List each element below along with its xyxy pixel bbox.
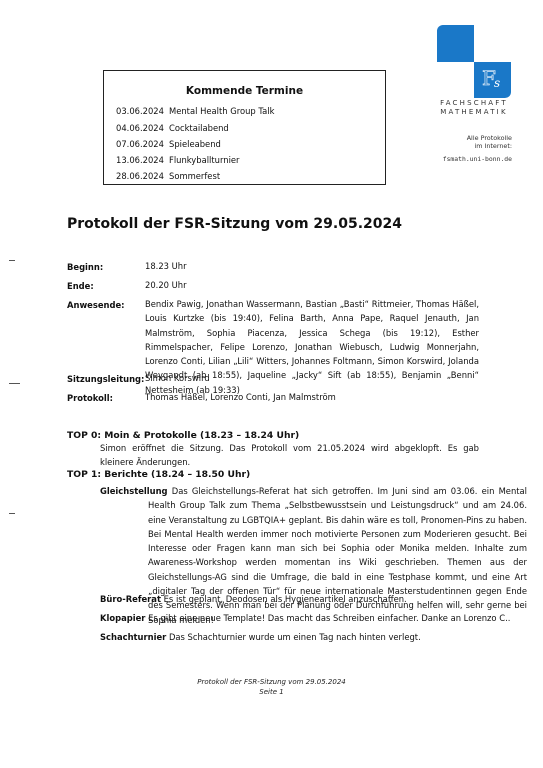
logo-wordmark: FACHSCHAFT MATHEMATIK [437, 99, 511, 116]
event-date: 07.06.2024 [116, 139, 169, 149]
report-text: Es gibt eine neue Template! Das macht da… [148, 613, 510, 623]
minutes-label: Protokoll: [67, 393, 113, 403]
report-buero-referat: Büro-Referat Es ist geplant, Deodosen al… [100, 592, 527, 606]
protocols-note: Alle Protokolle im Internet: [430, 134, 512, 150]
report-label: Gleichstellung [100, 486, 168, 496]
event-name: Flunkyballturnier [169, 155, 240, 165]
logo-letter-s: s [494, 76, 500, 90]
margin-mark [9, 513, 15, 514]
protocols-url[interactable]: fsmath.uni-bonn.de [425, 155, 512, 163]
report-label: Schachturnier [100, 632, 166, 642]
end-label: Ende: [67, 281, 94, 291]
event-row: 04.06.2024Cocktailabend [116, 123, 229, 133]
event-row: 28.06.2024Sommerfest [116, 171, 220, 181]
event-date: 03.06.2024 [116, 106, 169, 116]
logo-line2: MATHEMATIK [437, 108, 511, 117]
event-row: 13.06.2024Flunkyballturnier [116, 155, 240, 165]
event-name: Cocktailabend [169, 123, 229, 133]
upcoming-events-box: Kommende Termine 03.06.2024Mental Health… [103, 70, 386, 185]
report-label: Büro-Referat [100, 594, 161, 604]
margin-mark [9, 260, 15, 261]
protocols-note-line1: Alle Protokolle [430, 134, 512, 142]
event-date: 13.06.2024 [116, 155, 169, 165]
margin-mark [9, 383, 20, 384]
event-row: 07.06.2024Spieleabend [116, 139, 221, 149]
upcoming-events-title: Kommende Termine [104, 85, 385, 97]
event-name: Sommerfest [169, 171, 220, 181]
begin-value: 18.23 Uhr [145, 259, 479, 273]
minutes-value: Thomas Häßel, Lorenzo Conti, Jan Malmstr… [145, 390, 479, 404]
logo-square-top [437, 25, 474, 62]
report-text: Es ist geplant, Deodosen als Hygienearti… [164, 594, 407, 604]
top0-heading: TOP 0: Moin & Protokolle (18.23 – 18.24 … [67, 430, 299, 441]
event-date: 28.06.2024 [116, 171, 169, 181]
top1-heading: TOP 1: Berichte (18.24 – 18.50 Uhr) [67, 469, 250, 480]
protocols-note-line2: im Internet: [430, 142, 512, 150]
event-name: Spieleabend [169, 139, 221, 149]
report-schachturnier: Schachturnier Das Schachturnier wurde um… [100, 630, 527, 644]
event-row: 03.06.2024Mental Health Group Talk [116, 106, 274, 116]
report-klopapier: Klopapier Es gibt eine neue Template! Da… [100, 611, 527, 625]
page-number: Seite 1 [0, 687, 543, 697]
begin-label: Beginn: [67, 262, 103, 272]
top0-text: Simon eröffnet die Sitzung. Das Protokol… [100, 441, 479, 470]
event-name: Mental Health Group Talk [169, 106, 274, 116]
logo-line1: FACHSCHAFT [437, 99, 511, 108]
document-title: Protokoll der FSR-Sitzung vom 29.05.2024 [67, 216, 402, 232]
chair-label: Sitzungsleitung: [67, 374, 144, 384]
event-date: 04.06.2024 [116, 123, 169, 133]
logo-fs-monogram: F s [474, 62, 511, 98]
end-value: 20.20 Uhr [145, 278, 479, 292]
chair-value: Simon Korswird [145, 371, 479, 385]
report-text: Das Schachturnier wurde um einen Tag nac… [169, 632, 421, 642]
page-footer: Protokoll der FSR-Sitzung vom 29.05.2024… [0, 677, 543, 697]
attendees-label: Anwesende: [67, 300, 125, 310]
report-label: Klopapier [100, 613, 145, 623]
footer-title: Protokoll der FSR-Sitzung vom 29.05.2024 [0, 677, 543, 687]
